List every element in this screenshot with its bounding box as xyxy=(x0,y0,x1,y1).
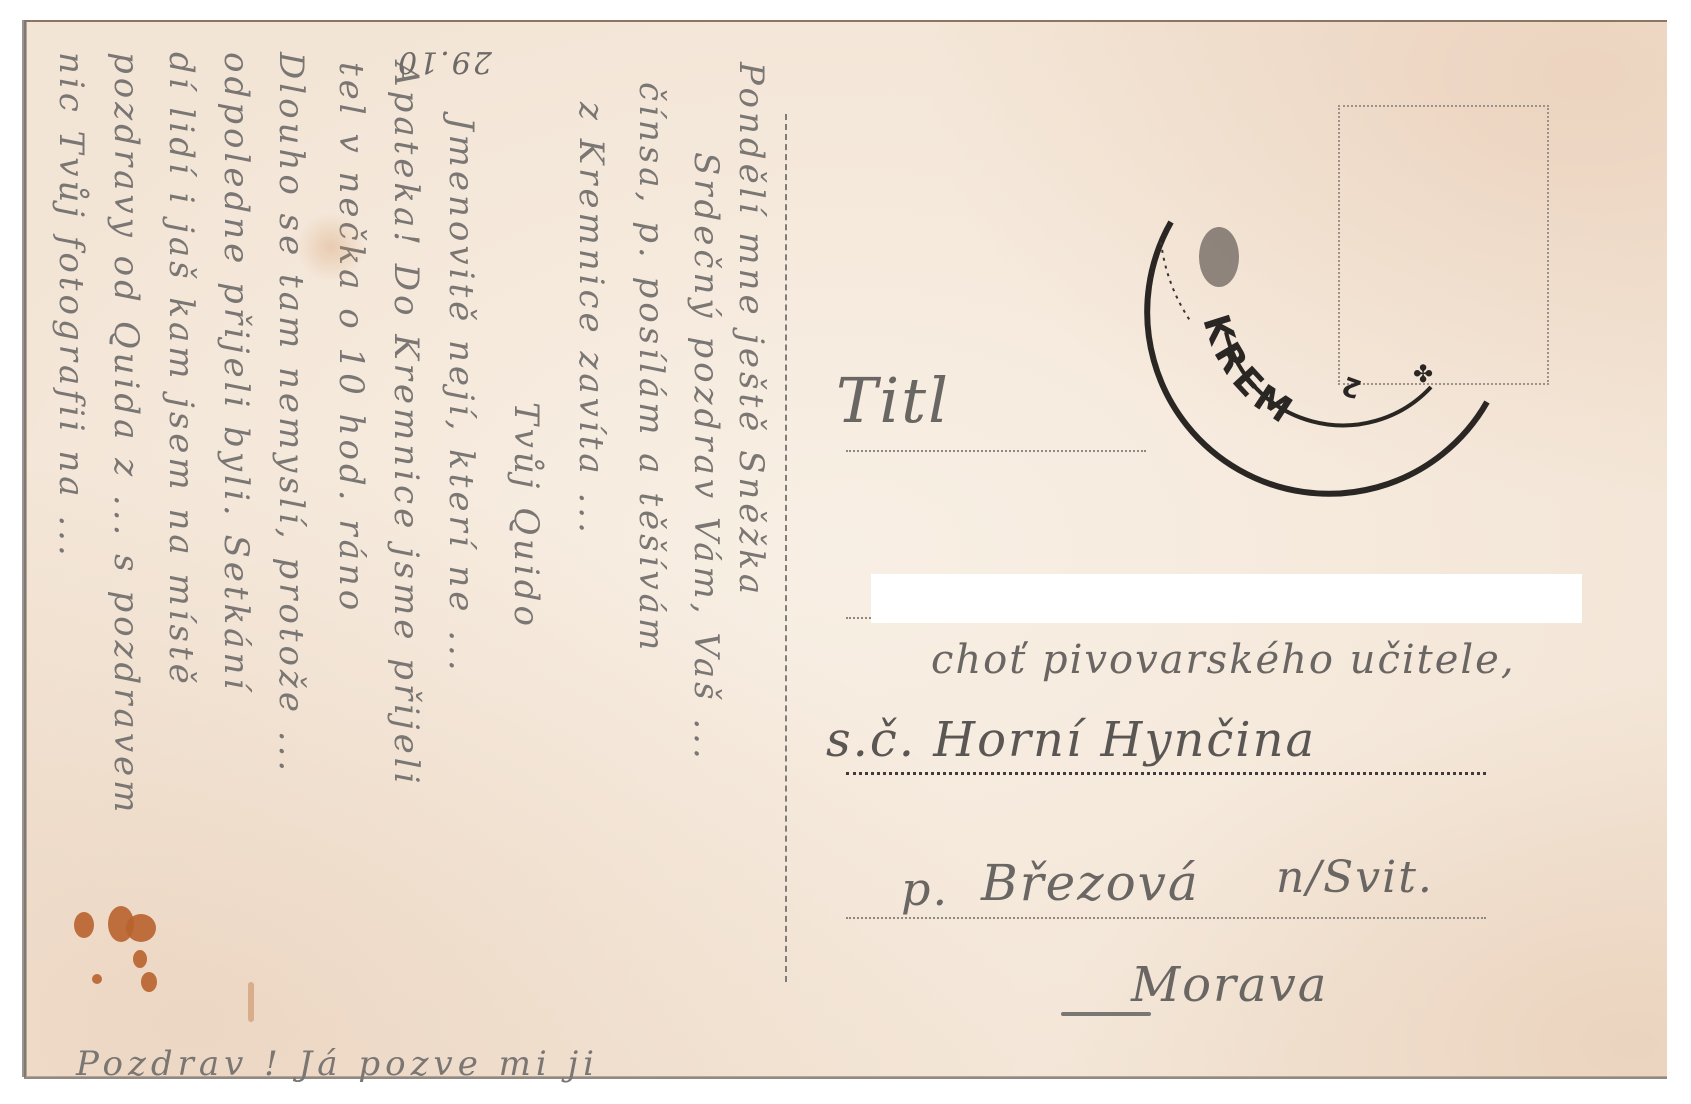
address-line4-town: Březová xyxy=(981,854,1200,912)
postcard: Pondělí mne ještě Sněžka Srdečný pozdrav… xyxy=(24,20,1667,1077)
message-closing-line: Pozdrav ! Já pozve mi ji xyxy=(76,1044,599,1084)
rust-drip xyxy=(248,982,254,1022)
address-line4-suffix: n/Svit. xyxy=(1276,852,1434,903)
postmark-text: KREM xyxy=(1194,310,1303,435)
rust-stain xyxy=(92,974,102,984)
postmark-stamp: KREM 2 ✤ xyxy=(1131,182,1531,542)
age-spot xyxy=(296,212,366,282)
message-date: 29.10 xyxy=(396,44,492,79)
rust-stain xyxy=(126,914,156,942)
address-line3-text: s.č. Horní Hynčina xyxy=(826,712,1316,768)
card-divider xyxy=(785,114,787,982)
message-line-1: Pondělí mne ještě Sněžka xyxy=(731,62,771,598)
rust-stain xyxy=(141,972,157,992)
message-line-13: nic Tvůj fotografii na ... xyxy=(51,52,91,560)
svg-text:KREM: KREM xyxy=(1194,310,1303,435)
rust-stain xyxy=(133,950,147,968)
message-line-11: dí lidí i jaš kam jsem na místě xyxy=(161,52,201,688)
message-line-4: z Kremnice zavíta ... xyxy=(571,102,611,537)
address-line-1 xyxy=(846,450,1146,452)
rust-stain xyxy=(74,912,94,938)
message-line-9: Dlouho se tam nemyslí, protože ... xyxy=(271,52,311,775)
message-line-7: Apateka! Do Kremnice jsme přijeli xyxy=(386,62,426,787)
address-line-4 xyxy=(846,917,1486,919)
postmark-digit: 2 xyxy=(1338,369,1365,403)
address-line5-text: Morava xyxy=(1131,957,1328,1013)
message-line-12: pozdravy od Quida z ... s pozdravem xyxy=(106,52,146,816)
address-flourish xyxy=(1061,1012,1151,1016)
address-line4-prefix: p. xyxy=(901,862,949,916)
message-line-3: čínsa, p. posílám a těšívám xyxy=(631,82,671,654)
address-line-3 xyxy=(846,772,1486,775)
postmark-ornament: ✤ xyxy=(1413,360,1433,388)
address-line2-text: choť pivovarského učitele, xyxy=(931,637,1516,683)
message-line-6: Jmenovitě nejí, kterí ne ... xyxy=(441,117,481,675)
address-salutation: Titl xyxy=(836,364,950,437)
message-line-5: Tvůj Quido xyxy=(506,402,546,630)
message-line-2: Srdečný pozdrav Vám, Vaš ... xyxy=(686,152,726,763)
message-line-8: tel v nečka o 10 hod. ráno xyxy=(331,62,371,614)
message-line-10: odpoledne přijeli byli. Setkání xyxy=(216,52,256,693)
redacted-recipient-name xyxy=(871,574,1582,623)
